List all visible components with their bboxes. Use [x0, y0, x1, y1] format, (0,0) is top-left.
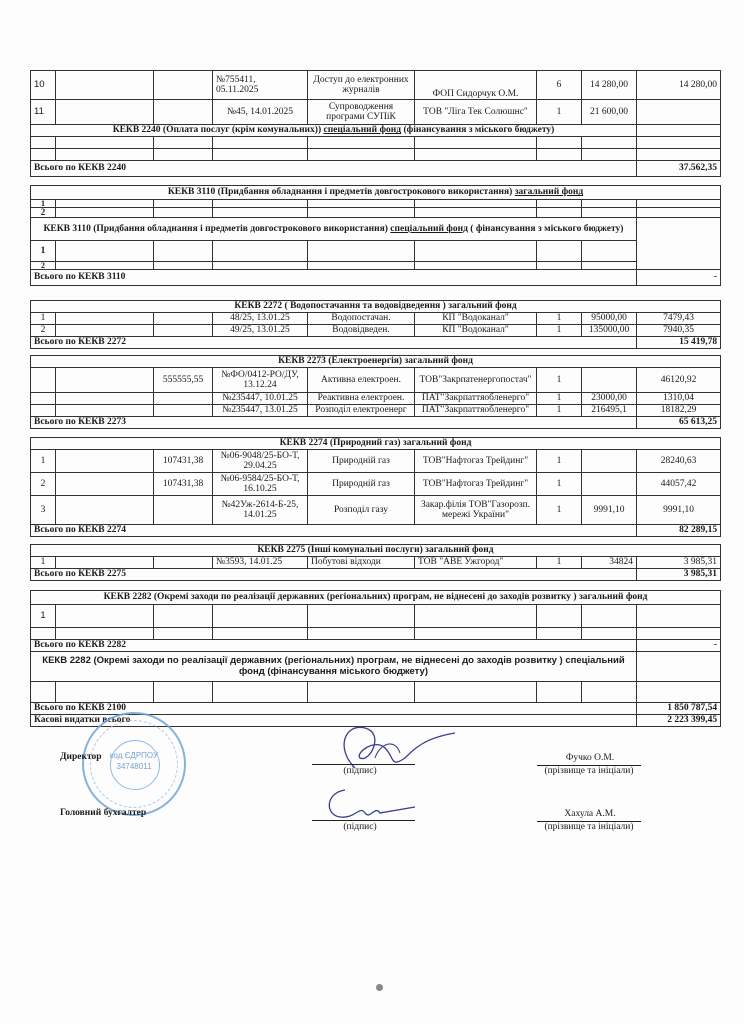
table-row: 1 — [31, 605, 721, 628]
section-header: КЕКВ 2282 (Окремі заходи по реалізації д… — [31, 652, 721, 682]
scan-speck — [376, 984, 383, 991]
accountant-name: Хахула А.М. — [540, 809, 640, 819]
table-row: 2 — [31, 208, 721, 218]
kekv-2240-table: 10 №755411,05.11.2025 Доступ до електрон… — [30, 70, 721, 177]
table-row: 555555,55 №ФО/0412-РО/ДУ,13.12.24 Активн… — [31, 368, 721, 393]
table-row: №235447, 13.01.25 Розподіл електроенерг … — [31, 405, 721, 417]
cash-total-value: 2 223 399,45 — [637, 715, 721, 727]
table-row: 1 — [31, 200, 721, 208]
accountant-signature-icon — [315, 785, 425, 825]
amount: 14 280,00 — [637, 71, 721, 100]
table-row: 1 107431,38 №06-9048/25-БО-Т,29.04.25 Пр… — [31, 450, 721, 473]
table-row: 3 №42Уж-2614-Б-25,14.01.25 Розподіл газу… — [31, 496, 721, 525]
table-row: 1 48/25, 13.01.25 Водопостачан. КП "Водо… — [31, 313, 721, 325]
director-label: Директор — [60, 752, 102, 762]
total-value: 37.562,35 — [637, 161, 721, 177]
row-number: 11 — [31, 100, 56, 125]
table-row: 2 107431,38 №06-9584/25-БО-Т,16.10.25 Пр… — [31, 473, 721, 496]
section-header: КЕКВ 2282 (Окремі заходи по реалізації д… — [31, 591, 721, 605]
section-header: КЕКВ 3110 (Придбання обладнання і предме… — [31, 186, 721, 200]
total-label: Всього по КЕКВ 2240 — [31, 161, 637, 177]
item-description: Супроводженняпрограми СУПіК — [308, 100, 415, 125]
section-header: КЕКВ 2274 (Природний газ) загальний фонд — [31, 438, 721, 450]
director-signature-caption: (підпис) — [330, 766, 390, 776]
total-row: Всього по КЕКВ 2282 - — [31, 640, 721, 652]
item-description: Доступ до електроннихжурналів — [308, 71, 415, 100]
total-row: Всього по КЕКВ 2275 3 985,31 — [31, 569, 721, 581]
kekv-2273-table: КЕКВ 2273 (Електроенергія) загальний фон… — [30, 355, 721, 429]
total-row: Всього по КЕКВ 2272 15 419,78 — [31, 337, 721, 349]
kekv-2100-value: 1 850 787,54 — [637, 703, 721, 715]
total-row: Всього по КЕКВ 2273 65 613,25 — [31, 417, 721, 429]
table-row: 1 — [31, 241, 721, 262]
table-row: 11 №45, 14.01.2025 Супроводженняпрограми… — [31, 100, 721, 125]
official-stamp: код ЄДРПОУ 34748011 — [82, 712, 186, 816]
total-row: Всього по КЕКВ 2240 37.562,35 — [31, 161, 721, 177]
total-row: Всього по КЕКВ 2274 82 289,15 — [31, 525, 721, 537]
price: 14 280,00 — [582, 71, 637, 100]
table-row-empty — [31, 137, 721, 149]
kekv-2275-table: КЕКВ 2275 (Інші комунальні послуги) зага… — [30, 544, 721, 581]
supplier: ФОП Сидорчук О.М. — [415, 71, 537, 100]
director-signature-line — [312, 764, 415, 765]
price: 21 600,00 — [582, 100, 637, 125]
total-value: - — [637, 270, 721, 286]
section-header: КЕКВ 2273 (Електроенергія) загальний фон… — [31, 356, 721, 368]
table-row: №235447, 10.01.25 Реактивна електроен. П… — [31, 393, 721, 405]
amount — [637, 100, 721, 125]
kekv-2274-table: КЕКВ 2274 (Природний газ) загальний фонд… — [30, 437, 721, 537]
chief-accountant-label: Головний бухгалтер — [60, 808, 146, 818]
table-row: 1 №3593, 14.01.25 Побутові відходи ТОВ "… — [31, 557, 721, 569]
kekv-2272-table: КЕКВ 2272 ( Водопостачання та водовідвед… — [30, 300, 721, 349]
section-header: КЕКВ 2275 (Інші комунальні послуги) зага… — [31, 545, 721, 557]
document-page: 10 №755411,05.11.2025 Доступ до електрон… — [0, 0, 744, 1024]
section-header: КЕКВ 2272 ( Водопостачання та водовідвед… — [31, 301, 721, 313]
total-row: Всього по КЕКВ 3110 - — [31, 270, 721, 286]
accountant-signature-line — [312, 820, 415, 821]
director-name-caption: (прізвище та ініціали) — [530, 766, 648, 776]
accountant-signature-caption: (підпис) — [330, 822, 390, 832]
supplier: ТОВ "Ліга Тек Солюшнс" — [415, 100, 537, 125]
accountant-name-caption: (прізвище та ініціали) — [530, 822, 648, 832]
table-row: 2 — [31, 262, 721, 270]
document-ref: №755411,05.11.2025 — [213, 71, 308, 100]
quantity: 1 — [537, 100, 582, 125]
row-number: 10 — [31, 71, 56, 100]
section-header: КЕКВ 3110 (Придбання обладнання і предме… — [31, 218, 721, 241]
document-ref: №45, 14.01.2025 — [213, 100, 308, 125]
table-row-empty — [31, 149, 721, 161]
table-row-empty — [31, 628, 721, 640]
table-row-empty — [31, 682, 721, 703]
total-label: Всього по КЕКВ 3110 — [31, 270, 637, 286]
quantity: 6 — [537, 71, 582, 100]
table-row: 10 №755411,05.11.2025 Доступ до електрон… — [31, 71, 721, 100]
stamp-code-value: 34748011 — [84, 761, 184, 772]
kekv-3110-table: КЕКВ 3110 (Придбання обладнання і предме… — [30, 185, 721, 286]
kekv-2282-table: КЕКВ 2282 (Окремі заходи по реалізації д… — [30, 590, 721, 727]
table-row: 2 49/25, 13.01.25 Водовідведен. КП "Водо… — [31, 325, 721, 337]
director-name: Фучко О.М. — [540, 753, 640, 763]
section-header: КЕКВ 2240 (Оплата послуг (крім комунальн… — [31, 125, 721, 137]
